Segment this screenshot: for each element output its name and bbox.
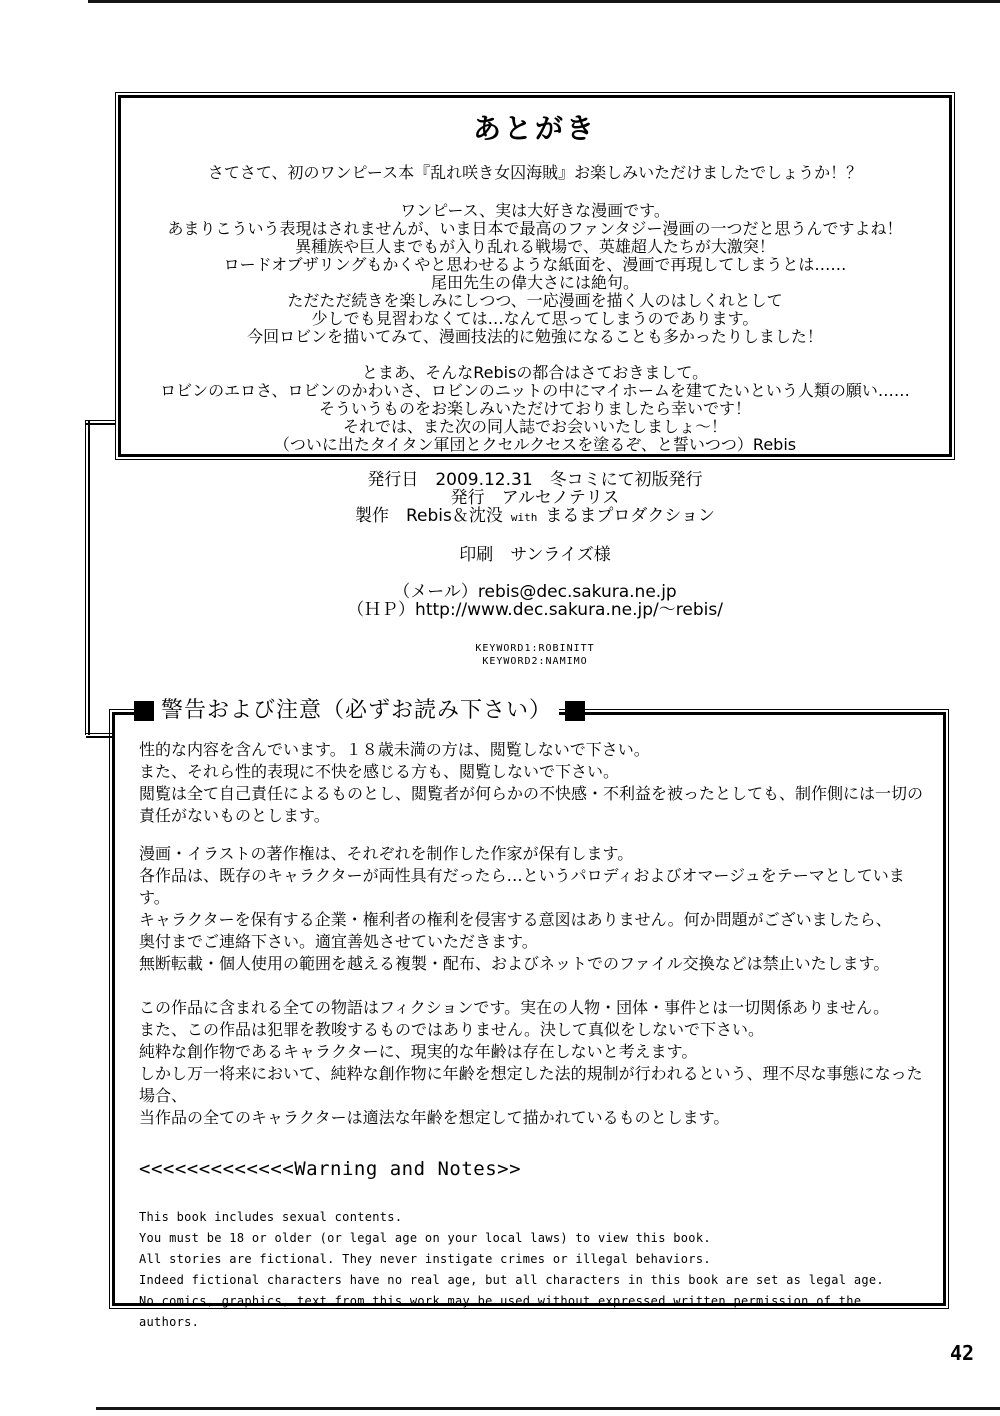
production-line: 製作 Rebis＆沈没withまるまプロダクション	[118, 507, 952, 527]
warning-en-line: No comics, graphics, text from this work…	[139, 1291, 927, 1333]
warning-jp-line: また、それら性的表現に不快を感じる方も、閲覧しないで下さい。	[139, 761, 927, 783]
afterword-line: 異種族や巨人までもが入り乱れる戦場で、英雄超人たちが大激突！	[121, 238, 949, 256]
warning-jp-line: キャラクターを保有する企業・権利者の権利を侵害する意図はありません。何か問題がご…	[139, 909, 927, 931]
afterword-paragraph-1: ワンピース、実は大好きな漫画です。 あまりこういう表現はされませんが、いま日本で…	[121, 202, 949, 346]
warning-jp-line: また、この作品は犯罪を教唆するものではありません。決して真似をしないで下さい。	[139, 1019, 927, 1041]
production-left: 製作 Rebis＆沈没	[355, 506, 503, 526]
warning-jp-line: 性的な内容を含んでいます。１８歳未満の方は、閲覧しないで下さい。	[139, 739, 927, 761]
keyword-2: KEYWORD2:NAMIMO	[118, 655, 952, 668]
afterword-line: それでは、また次の同人誌でお会いいたしましょ～！	[121, 418, 949, 436]
afterword-line: ワンピース、実は大好きな漫画です。	[121, 202, 949, 220]
afterword-line: ロビンのエロさ、ロビンのかわいさ、ロビンのニットの中にマイホームを建てたいという…	[121, 382, 949, 400]
publisher-line: 発行 アルセノテリス	[118, 489, 952, 507]
black-square-icon	[134, 701, 154, 721]
left-connector-bottom-stub	[86, 733, 114, 738]
afterword-line: （ついに出たタイタン軍団とクセルクセスを塗るぞ、と誓いつつ）Rebis	[121, 436, 949, 454]
homepage-line: （ＨＰ）http://www.dec.sakura.ne.jp/～rebis/	[118, 601, 952, 619]
afterword-line: 尾田先生の偉大さには絶句。	[121, 274, 949, 292]
left-connector-top-stub	[86, 420, 116, 425]
warning-jp-paragraph-2: 漫画・イラストの著作権は、それぞれを制作した作家が保有します。 各作品は、既存の…	[139, 843, 927, 975]
warning-notes-heading: <<<<<<<<<<<<<Warning and Notes>>	[139, 1158, 927, 1180]
afterword-line: 今回ロビンを描いてみて、漫画技法的に勉強になることも多かったりしました！	[121, 328, 949, 346]
warning-heading-text: 警告および注意（必ずお読み下さい）	[154, 692, 559, 730]
warning-box: 性的な内容を含んでいます。１８歳未満の方は、閲覧しないで下さい。 また、それら性…	[112, 712, 946, 1306]
scan-edge-bottom	[96, 1407, 1000, 1410]
afterword-paragraph-2: とまあ、そんなRebisの都合はさておきまして。 ロビンのエロさ、ロビンのかわい…	[121, 364, 949, 454]
warning-en-paragraph: This book includes sexual contents. You …	[139, 1207, 927, 1333]
warning-jp-line: 各作品は、既存のキャラクターが両性具有だったら…というパロディおよびオマージュを…	[139, 865, 927, 909]
warning-en-line: You must be 18 or older (or legal age on…	[139, 1228, 927, 1249]
warning-en-line: All stories are fictional. They never in…	[139, 1249, 927, 1270]
scan-edge-top	[88, 0, 1000, 3]
mail-line: （メール）rebis@dec.sakura.ne.jp	[118, 583, 952, 601]
afterword-line: ロードオブザリングもかくやと思わせるような紙面を、漫画で再現してしまうとは……	[121, 256, 949, 274]
production-with: with	[503, 511, 546, 524]
warning-jp-line: しかし万一将来において、純粋な創作物に年齢を想定した法的規制が行われるという、理…	[139, 1063, 927, 1107]
afterword-line: あまりこういう表現はされませんが、いま日本で最高のファンタジー漫画の一つだと思う…	[121, 220, 949, 238]
warning-jp-line: 無断転載・個人使用の範囲を越える複製・配布、およびネットでのファイル交換などは禁…	[139, 953, 927, 975]
afterword-line: そういうものをお楽しみいただけておりましたら幸いです！	[121, 400, 949, 418]
afterword-line: 少しでも見習わなくては…なんて思ってしまうのであります。	[121, 310, 949, 328]
warning-jp-line: 閲覧は全て自己責任によるものとし、閲覧者が何らかの不快感・不利益を被ったとしても…	[139, 783, 927, 805]
afterword-box: あとがき さてさて、初のワンピース本『乱れ咲き女囚海賊』お楽しみいただけましたで…	[118, 95, 952, 457]
warning-jp-paragraph-3: この作品に含まれる全ての物語はフィクションです。実在の人物・団体・事件とは一切関…	[139, 997, 927, 1129]
page-number: 42	[950, 1341, 974, 1365]
warning-jp-line: 当作品の全てのキャラクターは適法な年齢を想定して描かれているものとします。	[139, 1107, 927, 1129]
warning-jp-line: 純粋な創作物であるキャラクターに、現実的な年齢は存在しないと考えます。	[139, 1041, 927, 1063]
afterword-title: あとがき	[121, 107, 949, 147]
warning-heading: 警告および注意（必ずお読み下さい）	[134, 692, 585, 730]
warning-jp-line: 責任がないものとします。	[139, 805, 927, 827]
afterword-line: ただただ続きを楽しみにしつつ、一応漫画を描く人のはしくれとして	[121, 292, 949, 310]
keywords: KEYWORD1:ROBINITT KEYWORD2:NAMIMO	[118, 642, 952, 668]
warning-jp-line: 漫画・イラストの著作権は、それぞれを制作した作家が保有します。	[139, 843, 927, 865]
warning-jp-paragraph-1: 性的な内容を含んでいます。１８歳未満の方は、閲覧しないで下さい。 また、それら性…	[139, 739, 927, 827]
warning-jp-line: この作品に含まれる全ての物語はフィクションです。実在の人物・団体・事件とは一切関…	[139, 997, 927, 1019]
printer-line: 印刷 サンライズ様	[118, 546, 952, 564]
colophon: 発行日 2009.12.31 冬コミにて初版発行 発行 アルセノテリス 製作 R…	[118, 471, 952, 668]
keyword-1: KEYWORD1:ROBINITT	[118, 642, 952, 655]
warning-en-line: Indeed fictional characters have no real…	[139, 1270, 927, 1291]
left-connector-line	[85, 420, 90, 735]
afterword-line: とまあ、そんなRebisの都合はさておきまして。	[121, 364, 949, 382]
issue-date-line: 発行日 2009.12.31 冬コミにて初版発行	[118, 471, 952, 489]
production-right: まるまプロダクション	[545, 506, 715, 526]
black-square-icon	[565, 701, 585, 721]
warning-content: 性的な内容を含んでいます。１８歳未満の方は、閲覧しないで下さい。 また、それら性…	[139, 739, 927, 1333]
warning-en-line: This book includes sexual contents.	[139, 1207, 927, 1228]
warning-jp-line: 奥付までご連絡下さい。適宜善処させていただきます。	[139, 931, 927, 953]
afterword-intro: さてさて、初のワンピース本『乱れ咲き女囚海賊』お楽しみいただけましたでしょうか！…	[121, 160, 949, 183]
